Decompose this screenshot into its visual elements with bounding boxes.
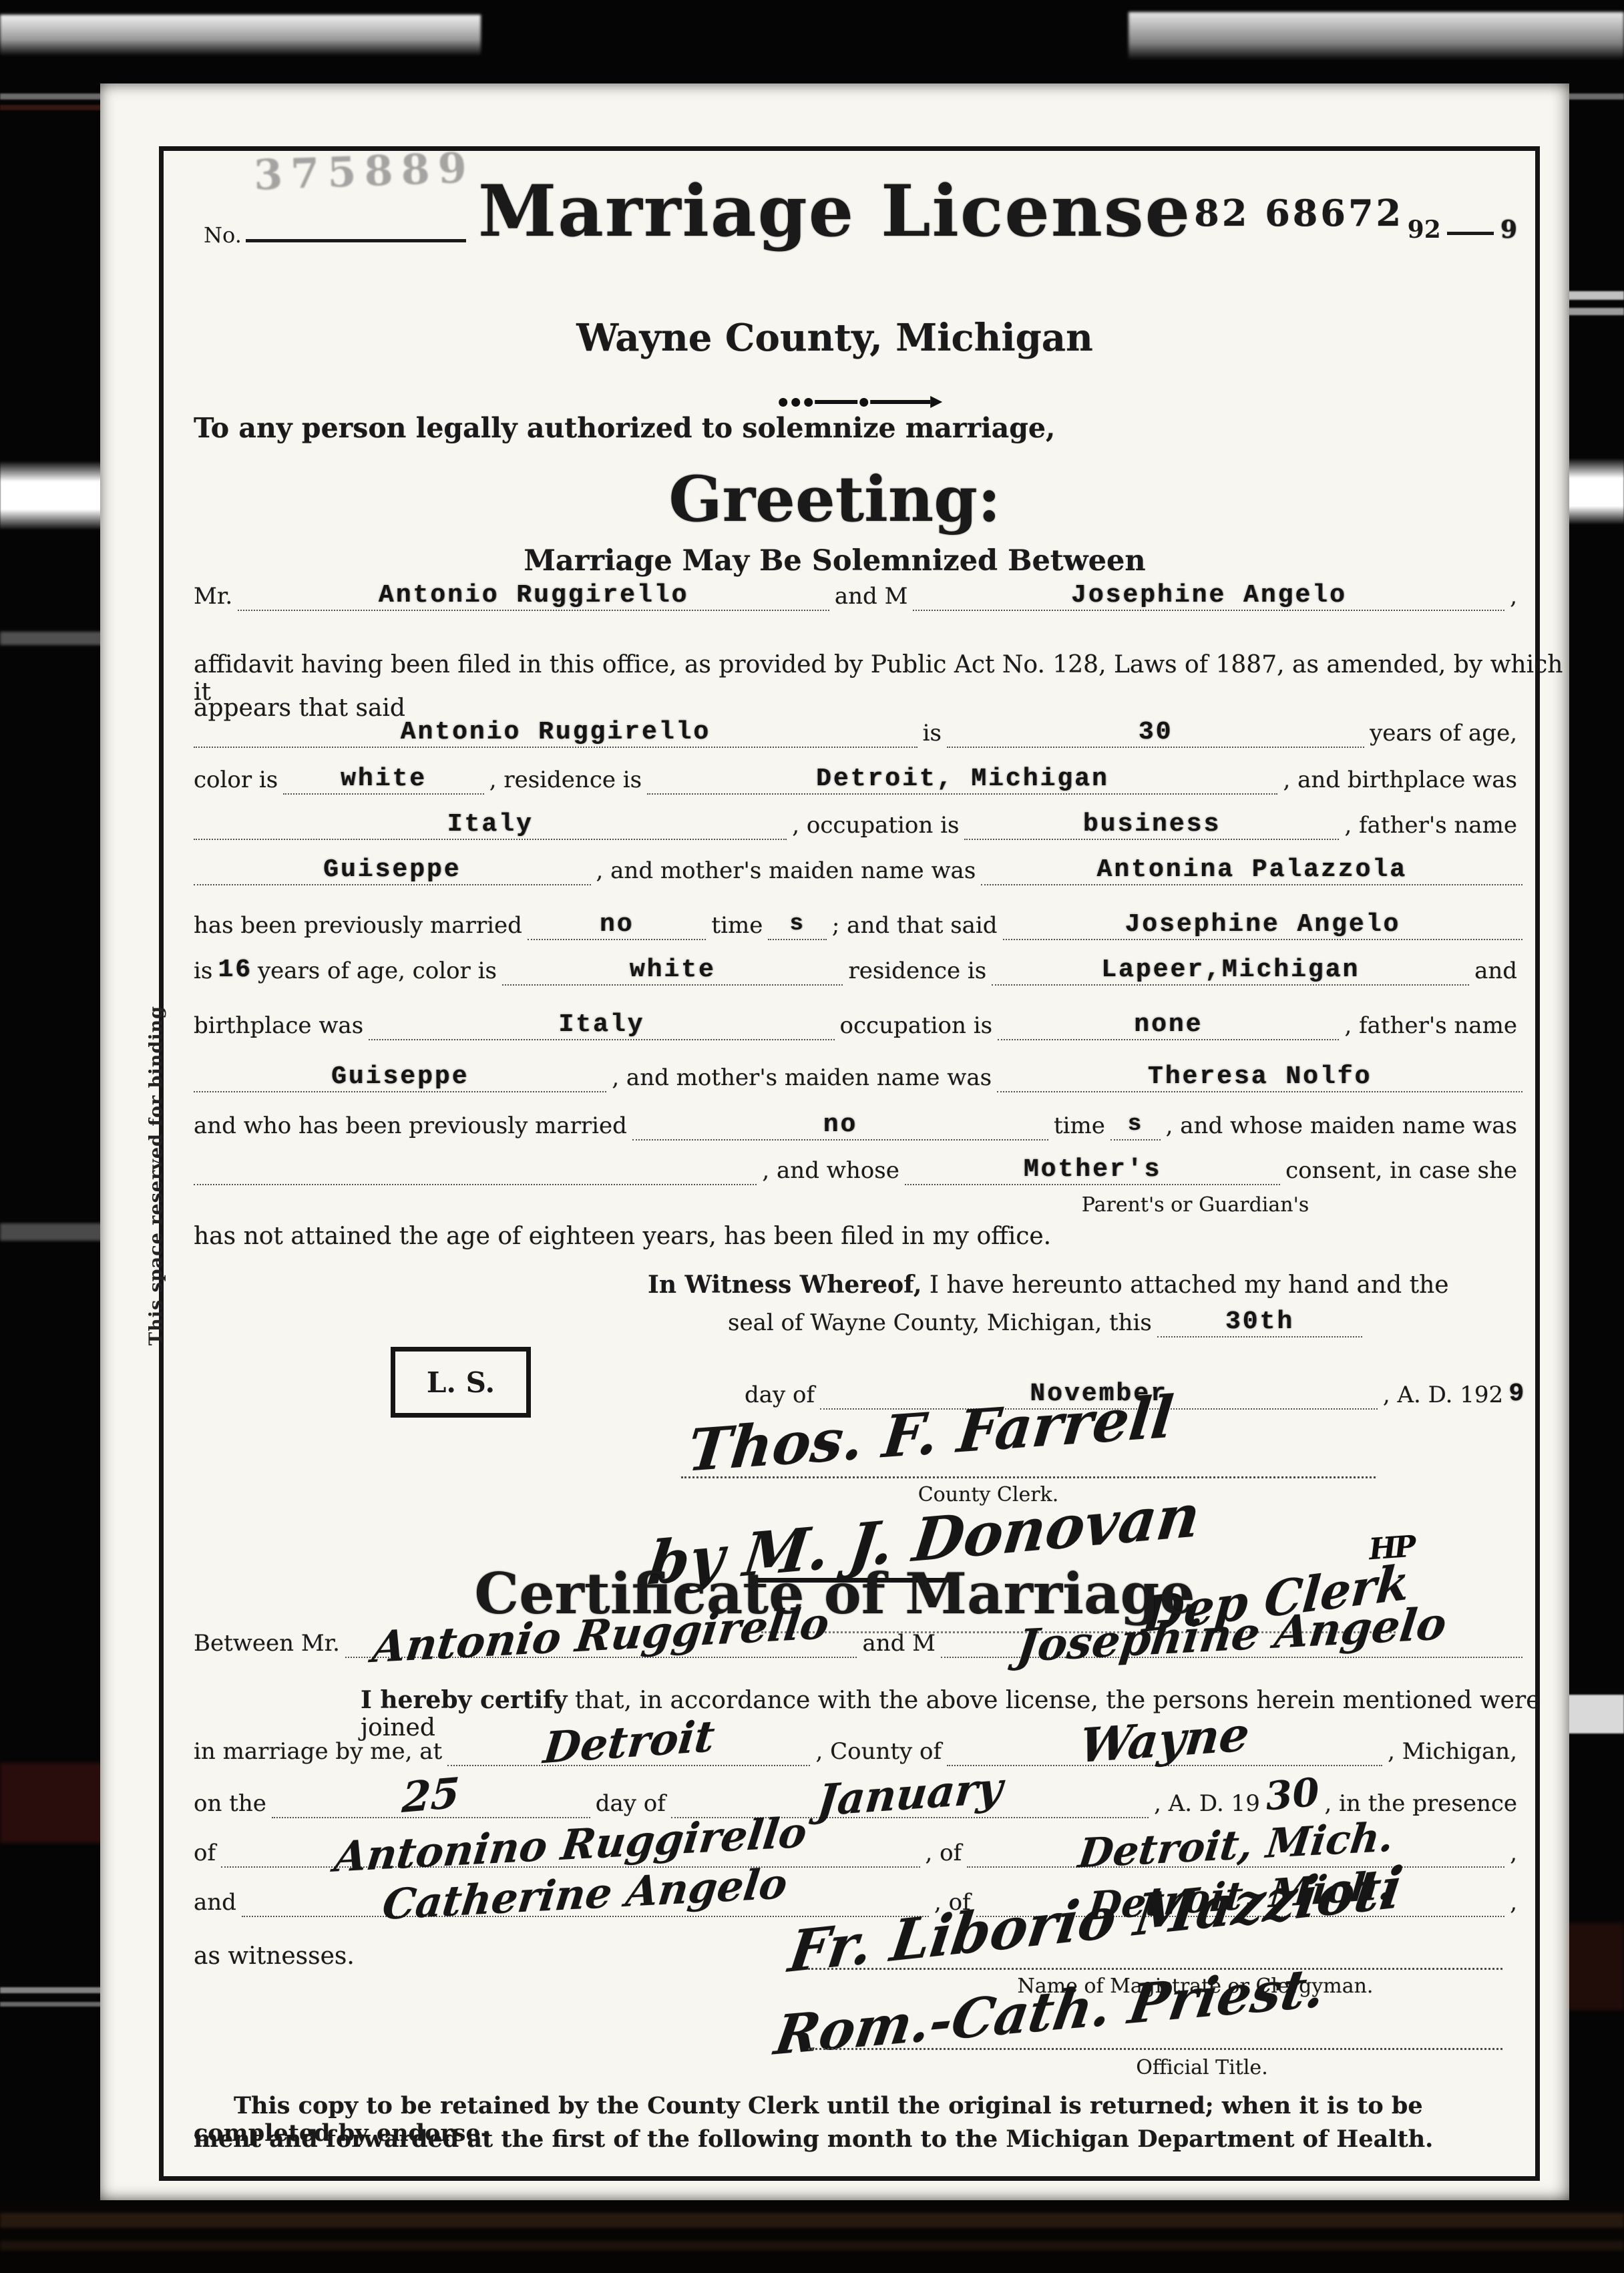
groom-name-field-2: Antonio Ruggirello (194, 718, 918, 748)
as-witnesses-label: as witnesses. (194, 1942, 355, 1970)
groom-mother-typed: Antonina Palazzola (1096, 855, 1406, 884)
bride-residence-typed: Lapeer,Michigan (1101, 956, 1360, 984)
witness2-name-field: Catherine Angelo (242, 1867, 929, 1917)
certificate-county-field: Wayne (947, 1709, 1382, 1766)
bride-occupation-typed: none (1134, 1010, 1203, 1039)
certificate-day-written: 25 (401, 1768, 461, 1822)
year-typed: 9 (1508, 1380, 1526, 1410)
birthplace-lead-label: , and birthplace was (1277, 767, 1522, 795)
groom-times-typed: s (789, 911, 805, 937)
scan-artifact (1129, 12, 1624, 60)
seal-day-typed: 30th (1225, 1307, 1294, 1336)
license-number-dash (1447, 232, 1494, 235)
groom-name-typed-2: Antonio Ruggirello (401, 718, 710, 747)
groom-age-typed: 30 (1139, 718, 1173, 747)
bride-birthplace-typed: Italy (558, 1010, 644, 1039)
seal-label: seal of Wayne County, Michigan, this (728, 1309, 1157, 1337)
maiden-name-label: , and whose maiden name was (1161, 1112, 1522, 1141)
bride-prev-married-row: and who has been previously married no t… (194, 1102, 1522, 1141)
scan-artifact (1564, 458, 1624, 525)
day-of-label: day of (745, 1382, 820, 1410)
bride-color-typed: white (630, 956, 716, 984)
bride-birthplace-row: birthplace was Italy occupation is none … (194, 1002, 1522, 1040)
scan-artifact (0, 632, 103, 645)
maiden-name-field (194, 1184, 757, 1185)
witness-whereof-text: In Witness Whereof, I have hereunto atta… (648, 1271, 1449, 1299)
bride-father-typed: Guiseppe (331, 1062, 469, 1091)
groom-color-field: white (283, 765, 483, 795)
groom-residence-field: Detroit, Michigan (647, 765, 1277, 795)
mothers-maiden-label: , and mother's maiden name was (591, 857, 982, 885)
bride-color-field: white (502, 956, 843, 986)
bride-name-typed-2: Josephine Angelo (1125, 910, 1400, 939)
scan-artifact (1564, 308, 1624, 315)
county-subtitle: Wayne County, Michigan (100, 316, 1569, 360)
witness1-residence-field: Detroit, Mich. (967, 1820, 1504, 1868)
bride-name-typed: Josephine Angelo (1071, 581, 1347, 610)
bride-name-field: Josephine Angelo (913, 581, 1504, 611)
michigan-label: , Michigan, (1382, 1738, 1522, 1766)
presence-label: , in the presence (1319, 1790, 1522, 1818)
official-title-caption: Official Title. (1075, 2056, 1329, 2079)
witness-whereof-body: I have hereunto attached my hand and the (930, 1271, 1449, 1299)
marriage-by-label: in marriage by me, at (194, 1738, 447, 1766)
salutation: To any person legally authorized to sole… (194, 412, 1055, 444)
guardian-caption: Parent's or Guardian's (1008, 1193, 1382, 1217)
groom-name-field: Antonio Ruggirello (238, 581, 829, 611)
seal-row: seal of Wayne County, Michigan, this 30t… (728, 1299, 1362, 1337)
certificate-year-written: 30 (1263, 1770, 1321, 1820)
bride-occupation-label: occupation is (835, 1012, 998, 1040)
bride-mother-typed: Theresa Nolfo (1148, 1062, 1372, 1091)
groom-color-row: color is white , residence is Detroit, M… (194, 756, 1522, 795)
ad-label: , A. D. 192 (1378, 1382, 1508, 1410)
license-page: This space reserved for binding 375889 N… (100, 83, 1569, 2200)
bride-age-suffix-label: years of age, color is (252, 958, 502, 986)
ls-label: L. S. (427, 1366, 495, 1399)
groom-color-typed: white (341, 765, 427, 793)
greeting-heading: Greeting: (100, 463, 1569, 536)
groom-birthplace-typed: Italy (447, 810, 534, 839)
clergy-signature-rule (808, 1968, 1502, 1970)
of-label: of (194, 1840, 221, 1868)
witness-whereof-lead: In Witness Whereof, (648, 1271, 922, 1299)
certificate-city-field: Detroit (447, 1715, 810, 1766)
bride-age-typed: 16 (218, 956, 252, 986)
groom-name-typed: Antonio Ruggirello (379, 581, 688, 610)
comma2: , (1504, 1840, 1522, 1868)
bride-residence-field: Lapeer,Michigan (992, 956, 1469, 986)
binding-margin-text: This space reserved for binding (146, 942, 167, 1410)
bride-occupation-field: none (998, 1010, 1339, 1040)
groom-occupation-field: business (964, 810, 1339, 840)
and2-label: and (194, 1889, 242, 1917)
groom-parents-row: Guiseppe , and mother's maiden name was … (194, 847, 1522, 885)
groom-residence-typed: Detroit, Michigan (816, 765, 1109, 793)
years-of-age-label: years of age, (1364, 720, 1522, 748)
and-label: and (1469, 958, 1522, 986)
bride-prev-married-field: no (632, 1110, 1048, 1141)
certificate-bride-field: Josephine Angelo (941, 1605, 1522, 1658)
parties-row: Mr. Antonio Ruggirello and M Josephine A… (194, 572, 1522, 611)
consent-row: , and whose Mother's consent, in case sh… (194, 1147, 1522, 1185)
prev-married-label: has been previously married (194, 912, 528, 940)
certificate-date-row: on the 25 day of January , A. D. 19 30 ,… (194, 1780, 1522, 1818)
groom-prev-married-typed: no (600, 910, 634, 939)
scan-artifact (1564, 1923, 1624, 2010)
and-m-label: and M (829, 583, 913, 611)
scan-artifact (0, 15, 481, 56)
groom-birthplace-row: Italy , occupation is business , father'… (194, 801, 1522, 840)
fathers-name-label: , father's name (1339, 812, 1522, 840)
seal-day-field: 30th (1157, 1307, 1362, 1337)
witness1-name-field: Antonino Ruggirello (221, 1818, 920, 1868)
not-attained-text: has not attained the age of eighteen yea… (194, 1223, 1051, 1250)
residence-is-label: , residence is (484, 767, 647, 795)
groom-prev-married-field: no (528, 910, 706, 940)
bride-times-field: s (1110, 1112, 1161, 1141)
bride-mother-label: , and mother's maiden name was (606, 1064, 997, 1092)
and-that-said-label: ; and that said (827, 912, 1003, 940)
comma: , (1504, 583, 1522, 611)
consent-tail-label: consent, in case she (1280, 1157, 1522, 1185)
groom-age-field: 30 (947, 718, 1364, 748)
scan-artifact (0, 1987, 103, 1993)
time-label: time (706, 912, 768, 940)
bride-prev-married-typed: no (823, 1110, 858, 1139)
divider-ornament-icon (777, 396, 942, 408)
scan-artifact (0, 461, 103, 530)
groom-prev-married-row: has been previously married no time s ; … (194, 901, 1522, 940)
consent-field: Mother's (905, 1155, 1280, 1185)
scan-artifact (0, 1763, 103, 1843)
groom-times-field: s (768, 911, 827, 940)
groom-occupation-typed: business (1083, 810, 1221, 839)
certificate-and-m-label: and M (857, 1630, 941, 1658)
bride-residence-label: residence is (843, 958, 992, 986)
clerk-signature-rule (681, 1476, 1376, 1478)
scan-artifact (0, 2200, 1624, 2273)
certificate-county-written: Wayne (1077, 1706, 1252, 1774)
certificate-parties-row: Between Mr. Antonio Ruggirello and M Jos… (194, 1619, 1522, 1658)
and-whose-label: , and whose (757, 1157, 904, 1185)
between-mr-label: Between Mr. (194, 1630, 345, 1658)
footer-line-2: ment and forwarded at the first of the f… (194, 2125, 1522, 2153)
on-the-label: on the (194, 1790, 272, 1818)
occupation-is-label: , occupation is (787, 812, 964, 840)
bride-time-label: time (1048, 1112, 1110, 1141)
of2-label: , of (920, 1840, 968, 1868)
scan-artifact (1564, 1695, 1624, 1733)
is-label: is (918, 720, 947, 748)
scan-artifact (0, 2213, 1624, 2228)
bride-birthplace-label: birthplace was (194, 1012, 369, 1040)
bride-times-typed: s (1128, 1112, 1143, 1137)
certificate-place-row: in marriage by me, at Detroit , County o… (194, 1727, 1522, 1766)
scan-artifact (1564, 291, 1624, 300)
license-number-year: 92 (1408, 216, 1441, 244)
cert-day-of-label: day of (590, 1790, 671, 1818)
official-title-rule (808, 2048, 1502, 2050)
groom-age-row: Antonio Ruggirello is 30 years of age, (194, 709, 1522, 748)
cert-ad-label: , A. D. 19 (1149, 1790, 1265, 1818)
scan-artifact (0, 2241, 1624, 2250)
license-number-main: 82 68672 (1194, 192, 1404, 234)
license-number-tail: 9 (1500, 216, 1517, 244)
bride-birthplace-field: Italy (369, 1010, 834, 1040)
mr-label: Mr. (194, 583, 238, 611)
groom-father-typed: Guiseppe (323, 855, 461, 884)
certificate-groom-field: Antonio Ruggirello (345, 1607, 857, 1658)
scan-artifact (0, 2002, 103, 2007)
groom-mother-field: Antonina Palazzola (981, 855, 1522, 885)
color-is-label: color is (194, 767, 283, 795)
certificate-city-written: Detroit (541, 1711, 717, 1774)
bride-mother-field: Theresa Nolfo (997, 1062, 1522, 1092)
certificate-day-field: 25 (272, 1768, 590, 1818)
groom-birthplace-field: Italy (194, 810, 787, 840)
bride-father-field: Guiseppe (194, 1062, 606, 1092)
ls-seal-box: L. S. (391, 1347, 531, 1418)
county-of-label: , County of (810, 1738, 947, 1766)
bride-father-label: , father's name (1339, 1012, 1522, 1040)
bride-age-row: is 16 years of age, color is white resid… (194, 947, 1522, 986)
bride-name-field-2: Josephine Angelo (1003, 910, 1522, 940)
bride-parents-row: Guiseppe , and mother's maiden name was … (194, 1054, 1522, 1092)
scanned-document: This space reserved for binding 375889 N… (0, 0, 1624, 2273)
groom-father-field: Guiseppe (194, 855, 591, 885)
scan-artifact (0, 1223, 103, 1241)
bride-prev-married-label: and who has been previously married (194, 1112, 632, 1141)
bride-is-label: is (194, 958, 218, 986)
certify-lead: I hereby certify (361, 1686, 567, 1714)
consent-typed: Mother's (1024, 1155, 1161, 1184)
certificate-month-written: January (815, 1763, 1004, 1826)
comma3: , (1504, 1889, 1522, 1917)
license-number: 82 68672 92 9 (1194, 192, 1517, 244)
